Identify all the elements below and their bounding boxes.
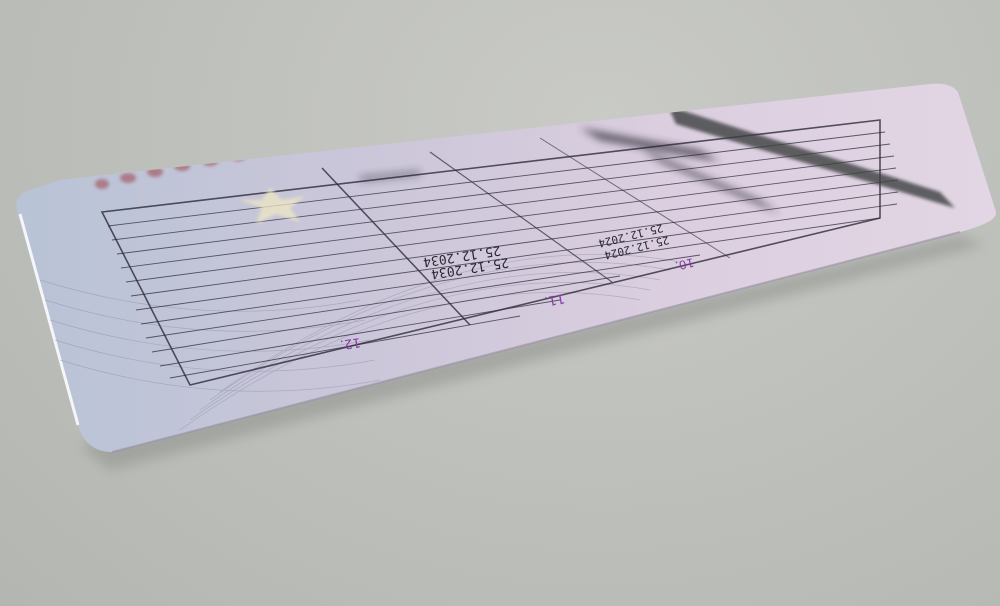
- row-label-12: 12.: [339, 334, 362, 352]
- label-text: 12.: [339, 334, 362, 352]
- licence-card-photo: 25.12.2034 25.12.2034 25.12.2024 25.12.2…: [0, 0, 1000, 606]
- photo-scene: 25.12.2034 25.12.2034 25.12.2024 25.12.2…: [0, 0, 1000, 606]
